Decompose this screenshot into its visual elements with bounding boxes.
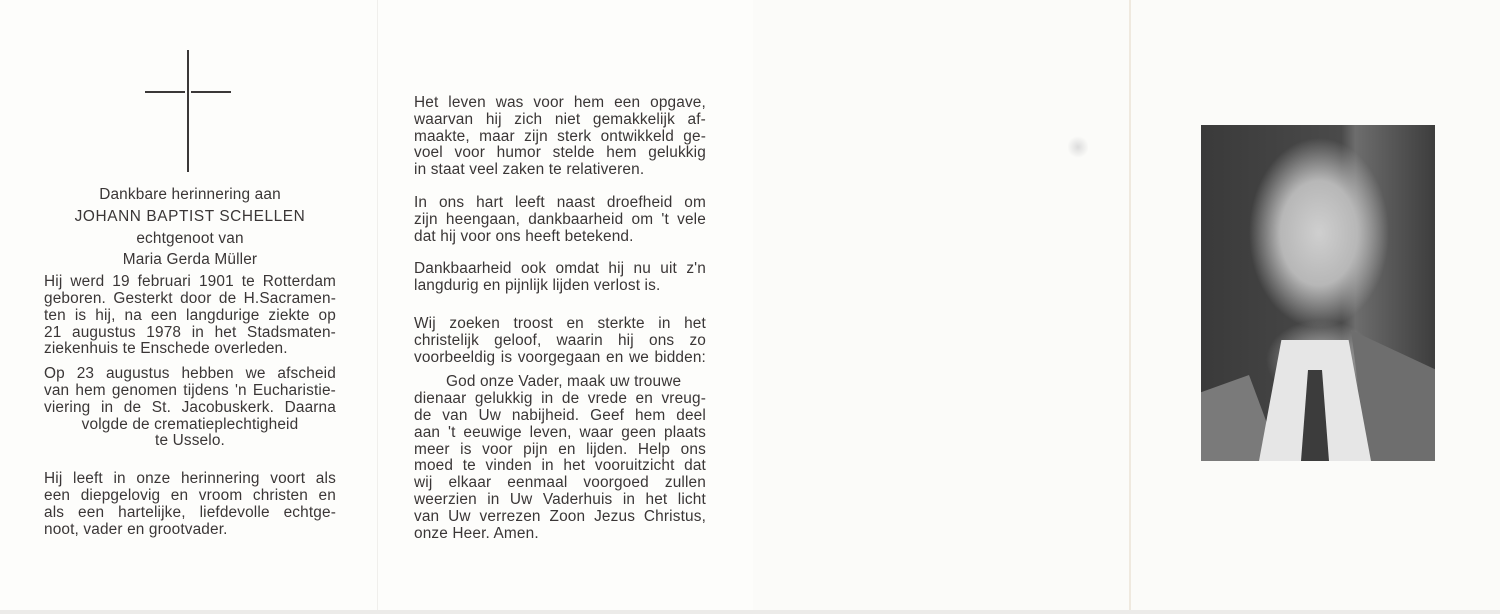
text-line: Hijwerd19februari1901teRotterdam [44,274,336,291]
deceased-name: JOHANN BAPTIST SCHELLEN [44,209,336,226]
text-line: weerzieninUwVaderhuisinhetlicht [414,492,706,509]
funeral-paragraph: Op23augustushebbenweafscheid vanhemgenom… [44,366,336,450]
prayer-paragraph: God onze Vader, maak uw trouwe dienaarge… [414,374,706,542]
left-text-column: Dankbare herinnering aan JOHANN BAPTIST … [44,187,336,538]
text-line: moedtevindeninhetvooruitzichtdat [414,458,706,475]
text-line: Hetlevenwasvoorhemeenopgave, [414,95,706,112]
text-line: zijnheengaan,dankbaarheidom'tvele [414,212,706,229]
middle-text-column: Hetlevenwasvoorhemeenopgave, waarvanhijz… [414,95,706,542]
fold-line [377,0,378,610]
text-line: 21augustus1978inhetStadsmaten- [44,325,336,342]
bio-paragraph: Hijwerd19februari1901teRotterdam geboren… [44,274,336,358]
text-line: ziekenhuis te Enschede overleden. [44,341,336,358]
memorial-header: Dankbare herinnering aan JOHANN BAPTIST … [44,187,336,269]
fold-line [1129,0,1131,610]
text-line: vanhemgenomentijdens'nEucharistie- [44,383,336,400]
text-line: meerisvoorpijnenlijden.Helpons [414,442,706,459]
text-line: langdurig en pijnlijk lijden verlost is. [414,278,706,295]
paper-smudge [1068,135,1088,159]
text-line: Hijleeftinonzeherinneringvoortals [44,471,336,488]
cross-icon [145,50,231,172]
text-line: onze Heer. Amen. [414,526,706,543]
text-line: in staat veel zaken te relativeren. [414,162,706,179]
relation-text: echtgenoot van [44,231,336,248]
life-paragraph: Hetlevenwasvoorhemeenopgave, waarvanhijz… [414,95,706,179]
scan-edge [0,610,1500,614]
text-line: vieringindeSt.Jacobuskerk.Daarna [44,400,336,417]
text-line: geboren.GesterktdoordeH.Sacramen- [44,291,336,308]
text-line: noot, vader en grootvader. [44,522,336,539]
text-line: alseenhartelijke,liefdevolleechtge- [44,505,336,522]
intro-text: Dankbare herinnering aan [44,187,336,204]
gratitude-paragraph: Inonshartleeftnaastdroefheidom zijnheeng… [414,195,706,245]
memorial-card-inside: Dankbare herinnering aan JOHANN BAPTIST … [0,0,753,610]
text-line: devanUwnabijheid.Geefhemdeel [414,408,706,425]
text-line: dat hij voor ons heeft betekend. [414,229,706,246]
remembrance-paragraph: Hijleeftinonzeherinneringvoortals eendie… [44,471,336,538]
text-line: te Usselo. [44,433,336,450]
text-line: maakte,maarzijnsterkontwikkeldge- [414,129,706,146]
text-line: Dankbaarheidookomdathijnuuitz'n [414,261,706,278]
spouse-name: Maria Gerda Müller [44,252,336,269]
text-line: tenishij,naeenlangdurigeziekteop [44,308,336,325]
text-line: dienaargelukkigindevredeenvreug- [414,391,706,408]
text-line: volgde de crematieplechtigheid [44,417,336,434]
text-line: waarvanhijzichnietgemakkelijkaf- [414,112,706,129]
text-line: christelijkgeloof,waarinhijonszo [414,333,706,350]
portrait-photo [1201,125,1435,461]
text-line: Op23augustushebbenweafscheid [44,366,336,383]
text-line: aan'teeuwigeleven,waargeenplaats [414,425,706,442]
text-line: voorbeeldigisvoorgegaanenwebidden: [414,350,706,367]
text-line: God onze Vader, maak uw trouwe [414,374,706,391]
text-line: vanUwverrezenZoonJezusChristus, [414,509,706,526]
relief-paragraph: Dankbaarheidookomdathijnuuitz'n langduri… [414,261,706,295]
text-line: Wijzoekentroostensterkteinhet [414,316,706,333]
text-line: Inonshartleeftnaastdroefheidom [414,195,706,212]
text-line: wijelkaareenmaalvoorgoedzullen [414,475,706,492]
text-line: eendiepgelovigenvroomchristenen [44,488,336,505]
text-line: voelvoorhumorsteldehemgelukkig [414,145,706,162]
faith-paragraph: Wijzoekentroostensterkteinhet christelij… [414,316,706,366]
